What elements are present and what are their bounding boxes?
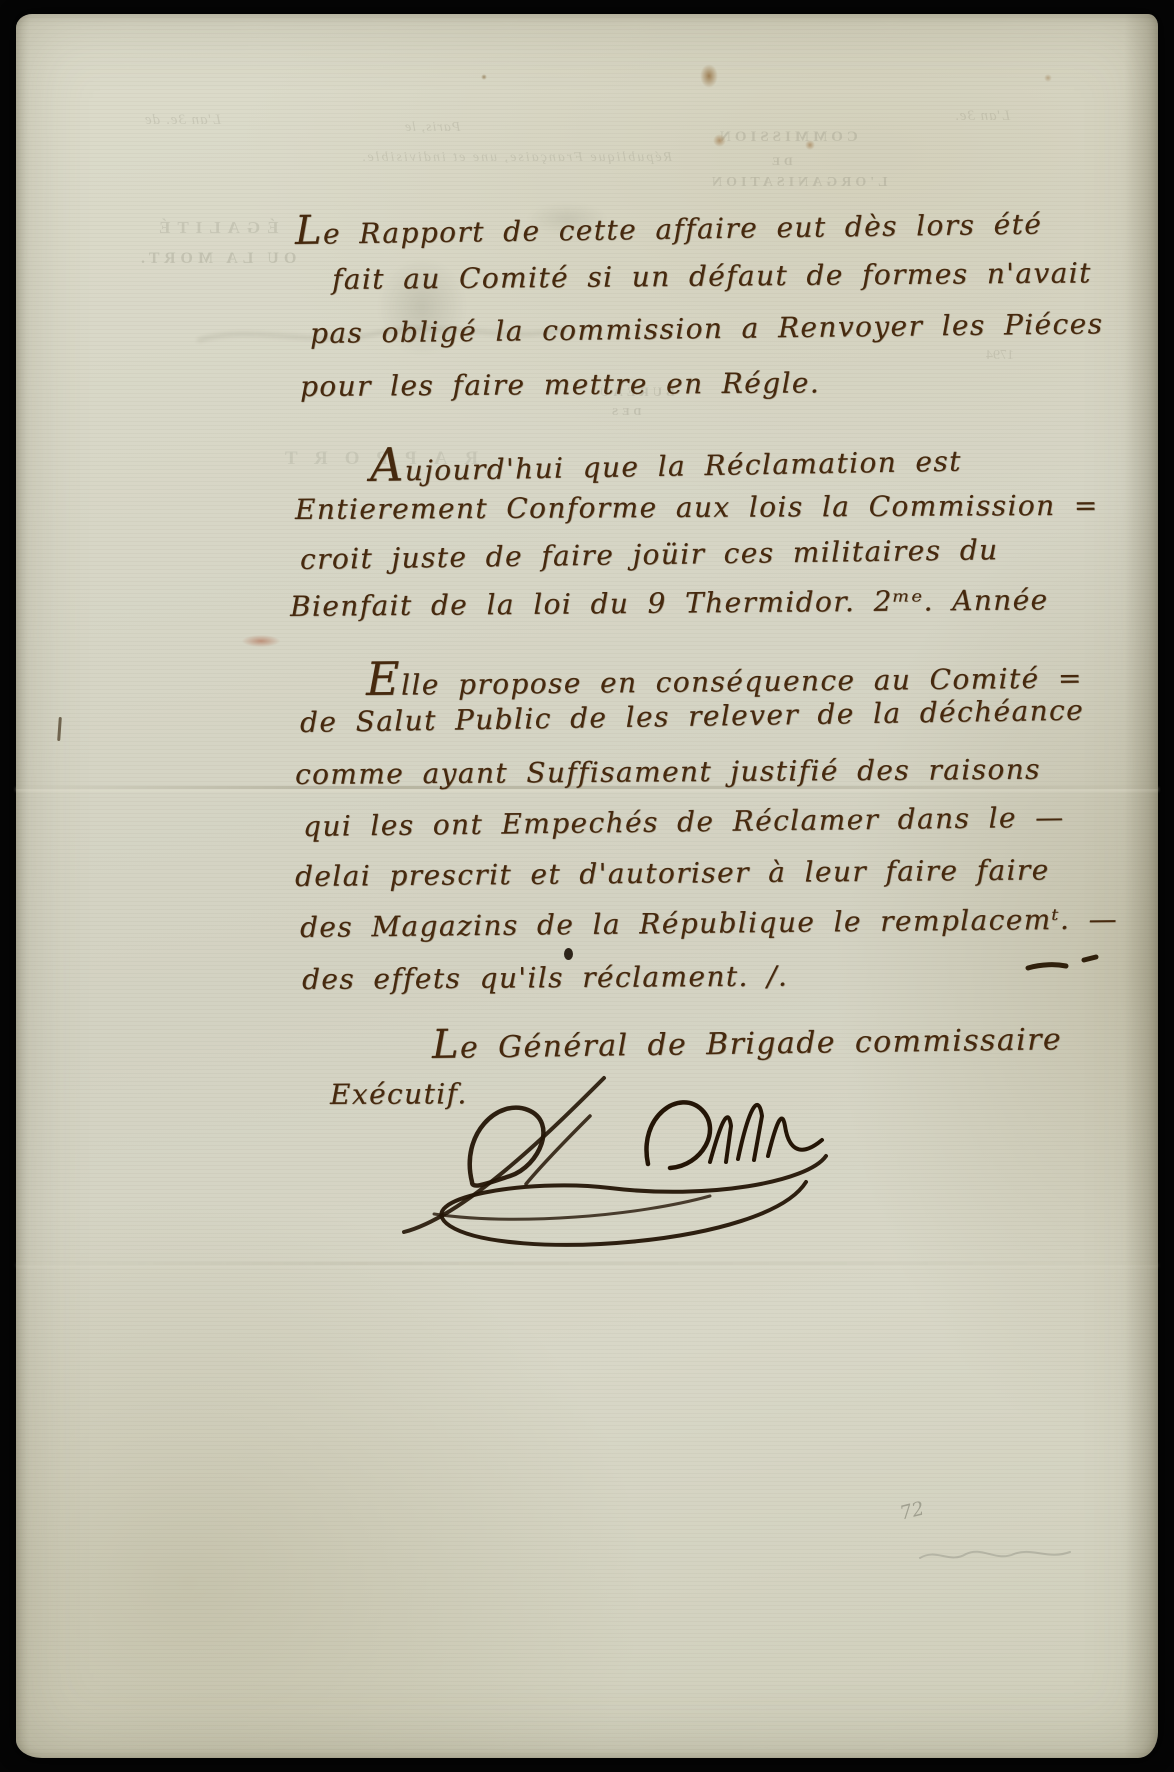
stain [700, 64, 718, 88]
manuscript-line: Aujourd'hui que la Réclamation est [370, 428, 963, 492]
manuscript-line: pas obligé la commission a Renvoyer les … [310, 307, 1104, 350]
manuscript-line: comme ayant Suffisament justifié des rai… [295, 753, 1041, 791]
fold-crease-lower [16, 1262, 1158, 1265]
manuscript-line: qui les ont Empechés de Réclamer dans le… [303, 801, 1065, 843]
pencil-squiggle [916, 1542, 1076, 1568]
manuscript-line: Bienfait de la loi du 9 Thermidor. 2ᵐᵉ. … [290, 583, 1049, 623]
manuscript-line: pour les faire mettre en Régle. [300, 366, 820, 403]
bleedthrough-organisation: L'ORGANISATION [708, 175, 887, 191]
photo-stage: L'an 3e. de Paris, le République Françai… [0, 0, 1174, 1772]
stain [1044, 74, 1052, 82]
manuscript-line: des Magazins de la République le remplac… [300, 902, 1118, 944]
stain [805, 140, 815, 150]
bleedthrough-ou-la-mort: OU LA MORT. [136, 250, 296, 268]
manuscript-line: croit juste de faire joüir ces militaire… [300, 533, 999, 576]
pencil-number: 72 [898, 1497, 927, 1524]
ink-blot [564, 948, 573, 960]
stain-red [242, 635, 280, 647]
closing-line: Le Général de Brigade commissaire [432, 1013, 1063, 1068]
manuscript-line: Entierement Conforme aux lois la Commiss… [295, 489, 1099, 526]
bleedthrough-commission: COMMISSION [716, 129, 858, 146]
ink-dash-marks [1022, 942, 1132, 982]
bleedthrough-egalite: ÉGALITÉ [152, 218, 278, 238]
bleedthrough-paris-le: Paris, le [404, 120, 460, 136]
signature-pille [376, 1064, 836, 1259]
stain [713, 134, 726, 147]
manuscript-line: des effets qu'ils réclament. /. [302, 960, 788, 996]
margin-pen-mark [57, 717, 62, 741]
bleedthrough-date-left: L'an 3e. de [144, 112, 221, 129]
bleedthrough-year: 1794 [986, 348, 1014, 364]
stain [481, 74, 487, 80]
manuscript-page: L'an 3e. de Paris, le République Françai… [16, 14, 1158, 1758]
bleedthrough-address-line: République Française, une et indivisible… [360, 150, 672, 166]
manuscript-line: delai prescrit et d'autoriser à leur fai… [295, 853, 1050, 893]
manuscript-line: fait au Comité si un défaut de formes n'… [332, 256, 1092, 296]
bleedthrough-des: DES [608, 406, 641, 418]
bleedthrough-date-right: L'an 3e. [954, 108, 1010, 125]
manuscript-line: Le Rapport de cette affaire eut dès lors… [295, 198, 1043, 254]
bleedthrough-de: DE [768, 154, 793, 169]
